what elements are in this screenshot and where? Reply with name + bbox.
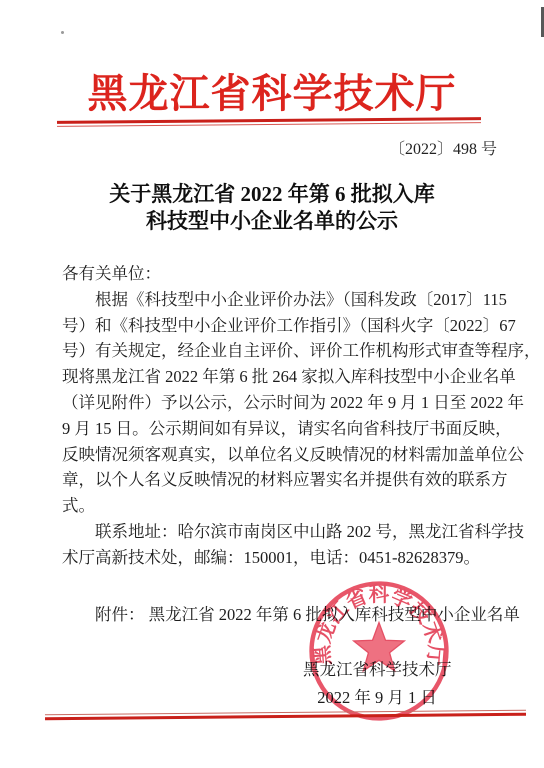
salutation: 各有关单位： [62,261,498,287]
body-line: 章，以个人名义反映情况的材料应署实名并提供有效的联系方 [62,467,498,493]
contact-line: 联系地址：哈尔滨市南岗区中山路 202 号，黑龙江省科学技 [62,519,498,545]
official-seal: 黑龙江省科学技术厅 [308,580,450,722]
body-line: （详见附件）予以公示，公示时间为 2022 年 9 月 1 日至 2022 年 [62,390,498,416]
body-line: 式。 [62,493,498,519]
scan-speck [61,31,64,34]
contact-line: 术厅高新技术处，邮编：150001，电话：0451-82628379。 [62,545,498,571]
notice-title: 关于黑龙江省 2022 年第 6 批拟入库 科技型中小企业名单的公示 [0,181,544,235]
body-line: 现将黑龙江省 2022 年第 6 批 264 家拟入库科技型中小企业名单 [62,364,498,390]
notice-title-line1: 关于黑龙江省 2022 年第 6 批拟入库 [0,181,544,208]
attachment-line: 附件： 黑龙江省 2022 年第 6 批拟入库科技型中小企业名单 [62,601,532,625]
document-number: 〔2022〕498 号 [389,136,497,159]
scanned-notice-document: 黑龙江省科学技术厅 〔2022〕498 号 关于黑龙江省 2022 年第 6 批… [0,0,544,768]
footer-rule [45,710,526,721]
official-seal-graphic: 黑龙江省科学技术厅 [308,580,450,722]
body-line: 根据《科技型中小企业评价办法》（国科发政〔2017〕115 [62,287,498,313]
notice-title-line2: 科技型中小企业名单的公示 [0,208,544,235]
letterhead-org-title: 黑龙江省科学技术厅 [0,62,544,119]
body-line: 号）和《科技型中小企业评价工作指引》（国科火字〔2022〕67 [62,313,498,339]
notice-body: 各有关单位： 根据《科技型中小企业评价办法》（国科发政〔2017〕115 号）和… [62,261,498,571]
seal-star-icon [354,623,405,671]
body-line: 9 月 15 日。公示期间如有异议，请实名向省科技厅书面反映， [62,416,498,442]
body-line: 号）有关规定，经企业自主评价、评价工作机构形式审查等程序， [62,338,498,364]
body-line: 反映情况须客观真实，以单位名义反映情况的材料需加盖单位公 [62,442,498,468]
